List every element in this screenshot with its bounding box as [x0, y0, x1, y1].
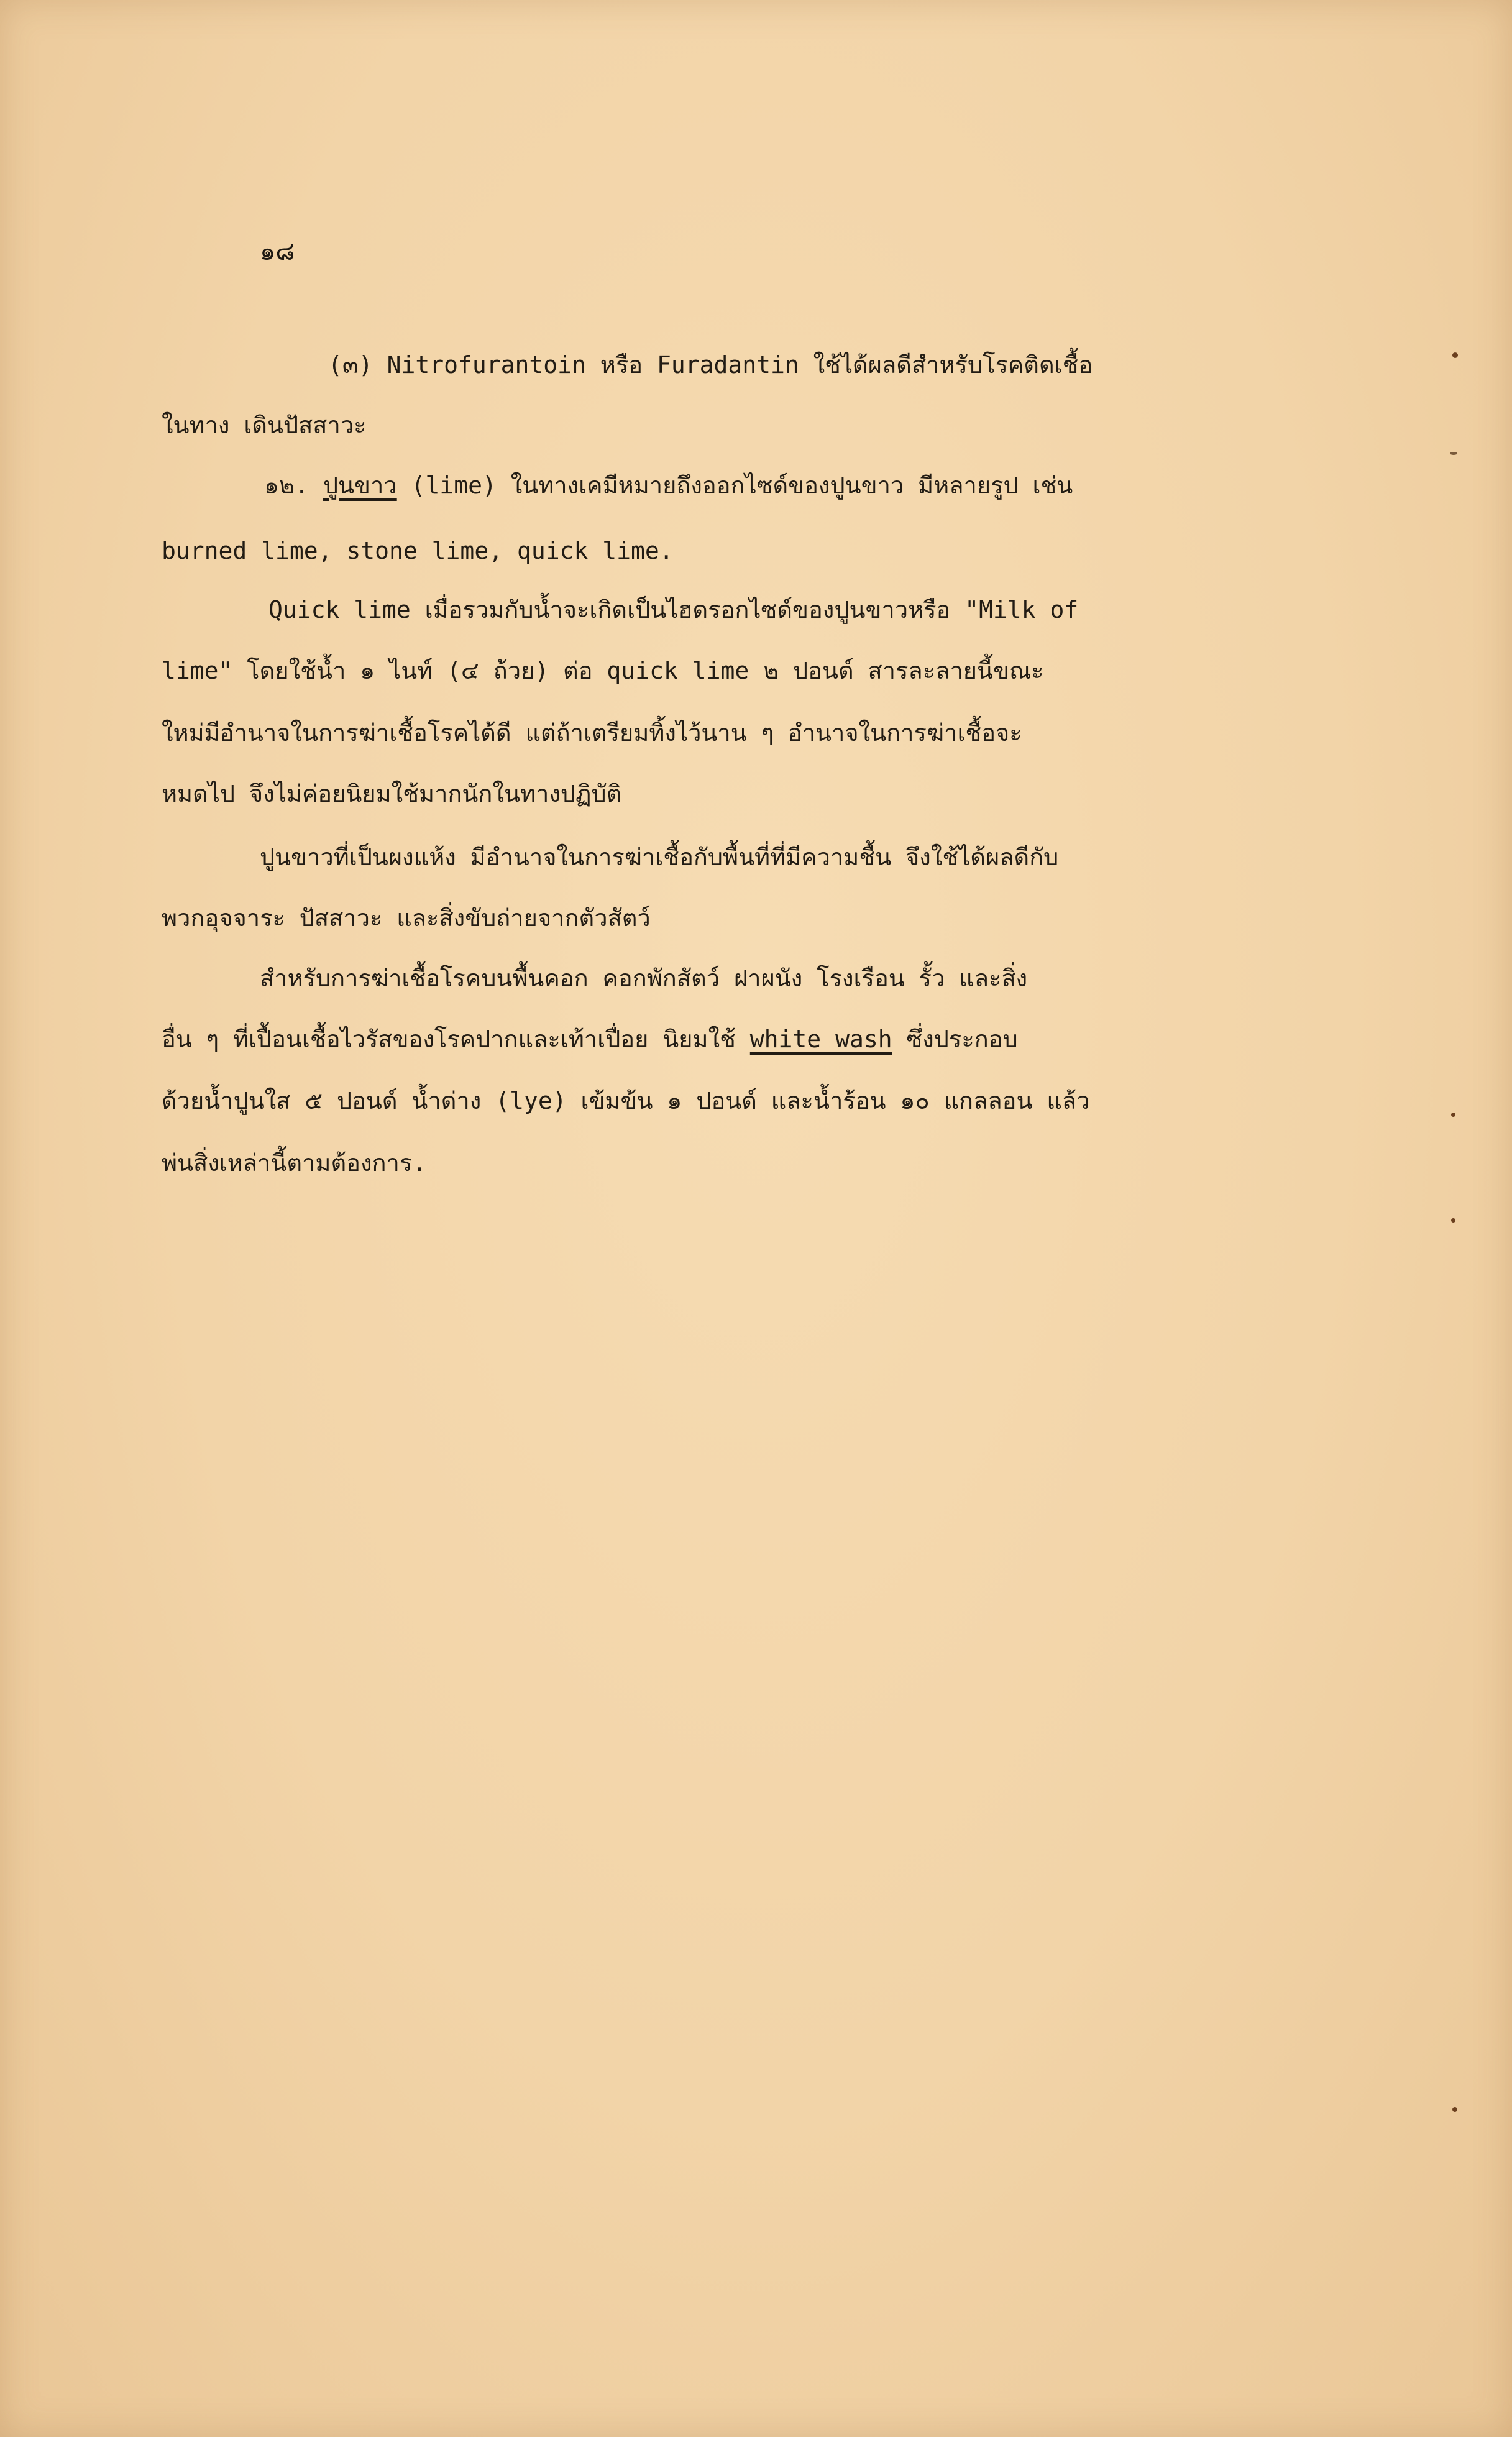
text-line-11: สำหรับการฆ่าเชื้อโรคบนพื้นคอก คอกพักสัตว…: [260, 966, 1027, 990]
text-line-12-rest: ซึ่งประกอบ: [892, 1026, 1018, 1053]
text-line-14: พ่นสิ่งเหล่านี้ตามต้องการ.: [162, 1151, 426, 1175]
text-line-2: ในทาง เดินปัสสาวะ: [162, 413, 367, 437]
text-line-1: (๓) Nitrofurantoin หรือ Furadantin ใช้ได…: [328, 353, 1093, 377]
text-line-10: พวกอุจจาระ ปัสสาวะ และสิ่งขับถ่ายจากตัวส…: [162, 906, 651, 930]
text-line-13: ด้วยน้ำปูนใส ๕ ปอนด์ น้ำด่าง (lye) เข้มข…: [162, 1089, 1089, 1113]
page-number: ๑๘: [260, 231, 295, 271]
scanned-page: ๑๘ (๓) Nitrofurantoin หรือ Furadantin ใช…: [0, 0, 1512, 2437]
text-line-12: อื่น ๆ ที่เปื้อนเชื้อไวรัสของโรคปากและเท…: [162, 1027, 1018, 1051]
paper-speck: [1450, 452, 1457, 455]
text-line-8: หมดไป จึงไม่ค่อยนิยมใช้มากนักในทางปฏิบัต…: [162, 782, 621, 805]
text-line-9: ปูนขาวที่เป็นผงแห้ง มีอำนาจในการฆ่าเชื้อ…: [260, 845, 1058, 869]
underlined-term-lime: ปูนขาว: [323, 472, 397, 499]
text-line-3: ๑๒. ปูนขาว (lime) ในทางเคมีหมายถึงออกไซด…: [264, 474, 1073, 497]
text-line-4: burned lime, stone lime, quick lime.: [162, 539, 674, 562]
section-number: ๑๒.: [264, 472, 323, 499]
text-line-5: Quick lime เมื่อรวมกับน้ำจะเกิดเป็นไฮดรอ…: [268, 598, 1078, 622]
text-line-3-rest: (lime) ในทางเคมีหมายถึงออกไซด์ของปูนขาว …: [397, 472, 1073, 499]
paper-speck: [1452, 352, 1458, 358]
text-line-6: lime" โดยใช้น้ำ ๑ ไนท์ (๔ ถ้วย) ต่อ quic…: [162, 659, 1044, 682]
paper-speck: [1451, 1218, 1455, 1223]
text-line-12-start: อื่น ๆ ที่เปื้อนเชื้อไวรัสของโรคปากและเท…: [162, 1026, 750, 1053]
paper-speck: [1452, 2107, 1457, 2112]
paper-speck: [1451, 1113, 1455, 1117]
underlined-term-white-wash: white wash: [750, 1026, 892, 1053]
text-line-7: ใหม่มีอำนาจในการฆ่าเชื้อโรคได้ดี แต่ถ้าเ…: [162, 721, 1022, 745]
